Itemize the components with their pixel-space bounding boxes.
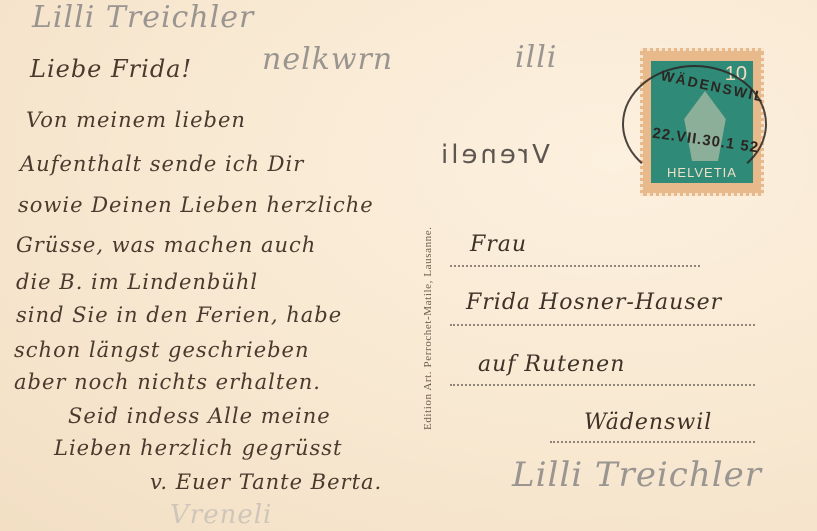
message-line-2: Von meinem lieben — [26, 108, 246, 132]
message-line-3: Aufenthalt sende ich Dir — [20, 152, 304, 176]
message-line-6: die B. im Lindenbühl — [16, 270, 258, 294]
publisher-imprint: Edition Art. Perrochet-Matile, Lausanne. — [422, 226, 434, 430]
message-signature: v. Euer Tante Berta. — [150, 470, 382, 494]
postcard: Lilli Treichler nelkwrn illi Liebe Frida… — [0, 0, 817, 531]
message-line-11: Lieben herzlich gegrüsst — [54, 436, 342, 460]
pencil-note-top-right: illi — [515, 40, 557, 75]
pencil-note-mirrored: Vreneli — [438, 140, 550, 170]
address-dotted-line-2 — [450, 324, 755, 326]
message-line-4: sowie Deinen Lieben herzliche — [18, 193, 374, 217]
pencil-note-top-middle: nelkwrn — [262, 42, 393, 77]
address-line-3: auf Rutenen — [478, 352, 625, 377]
pencil-name-top: Lilli Treichler — [32, 0, 254, 35]
message-line-10: Seid indess Alle meine — [68, 404, 331, 428]
address-dotted-line-1 — [450, 265, 700, 267]
address-line-4: Wädenswil — [584, 410, 712, 435]
message-line-1: Liebe Frida! — [30, 55, 192, 83]
message-line-7: sind Sie in den Ferien, habe — [16, 303, 342, 327]
pencil-signature-bottom: Lilli Treichler — [512, 455, 762, 495]
message-line-5: Grüsse, was machen auch — [16, 233, 316, 257]
address-line-2: Frida Hosner-Hauser — [466, 290, 722, 315]
address-line-1: Frau — [470, 232, 527, 257]
address-dotted-line-3 — [450, 384, 755, 386]
address-dotted-line-4 — [550, 441, 755, 443]
pencil-note-bottom-faint: Vreneli — [170, 500, 272, 530]
message-line-8: schon längst geschrieben — [14, 338, 310, 362]
message-line-9: aber noch nichts erhalten. — [14, 370, 321, 394]
